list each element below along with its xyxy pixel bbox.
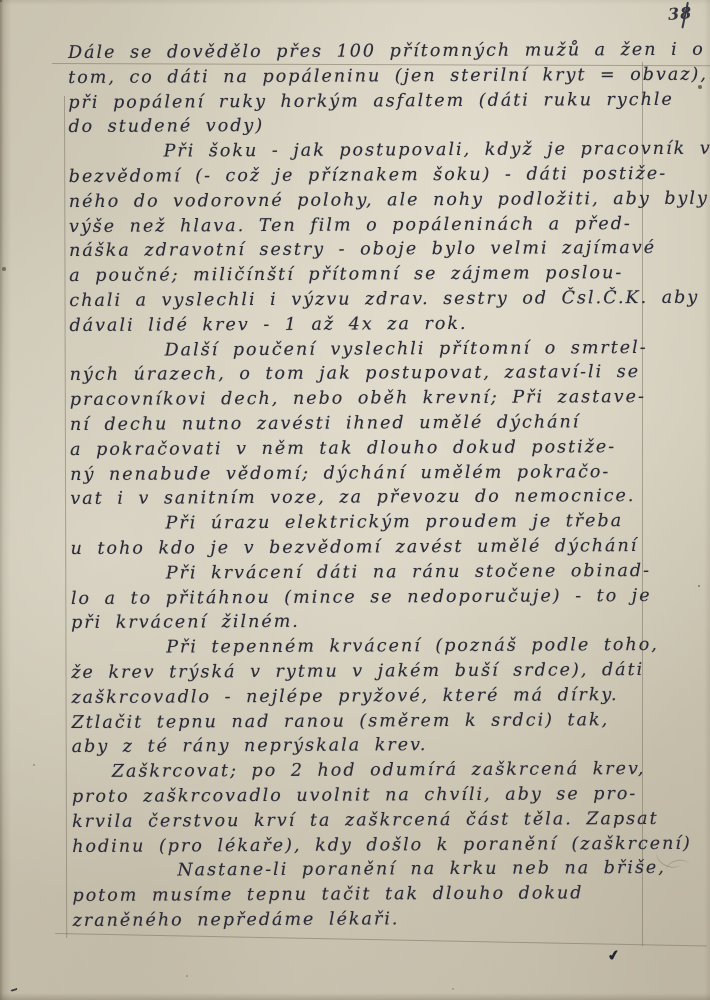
handwritten-line: Nastane-li poranění na krku neb na břiše… (72, 856, 657, 884)
handwritten-line: pracovníkovi dech, nebo oběh krevní; Při… (70, 385, 655, 413)
handwritten-line: náška zdravotní sestry - oboje bylo velm… (69, 236, 654, 264)
handwritten-line: Při šoku - jak postupovali, když je prac… (69, 137, 654, 165)
handwritten-line: u toho kdo je v bezvědomí zavést umělé d… (71, 534, 656, 562)
handwritten-line: zraněného nepředáme lékaři. (73, 906, 658, 934)
handwritten-line: ného do vodorovné polohy, ale nohy podlo… (69, 187, 654, 215)
handwritten-line: a pokračovati v něm tak dlouho dokud pos… (70, 435, 655, 463)
handwritten-line: při popálení ruky horkým asfaltem (dáti … (68, 88, 653, 116)
handwritten-line: Ztlačit tepnu nad ranou (směrem k srdci)… (72, 707, 657, 735)
handwritten-line: lo a to přitáhnou (mince se nedoporučuje… (71, 583, 656, 611)
handwritten-line: dávali lidé krev - 1 až 4x za rok. (69, 311, 654, 339)
handwritten-line: do studené vody) (68, 112, 653, 140)
handwritten-line: vat i v sanitním voze, za převozu do nem… (70, 484, 655, 512)
handwritten-line: hodinu (pro lékaře), kdy došlo k poraněn… (72, 831, 657, 859)
handwritten-line: zaškrcovadlo - nejlépe pryžové, které má… (71, 683, 656, 711)
handwritten-line: krvila čerstvou krví ta zaškrcená část t… (72, 807, 657, 835)
handwritten-line: ní dechu nutno zavésti ihned umělé dýchá… (70, 410, 655, 438)
handwritten-line: a poučné; miličínští přítomní se zájmem … (69, 261, 654, 289)
handwritten-line: ný nenabude vědomí; dýchání umělém pokra… (70, 459, 655, 487)
handwritten-line: výše než hlava. Ten film o popáleninách … (69, 212, 654, 240)
handwritten-line: bezvědomí (- což je příznakem šoku) - dá… (69, 162, 654, 190)
handwritten-line: Při tepenném krvácení (poznáš podle toho… (71, 633, 656, 661)
page-number: 38 (667, 3, 693, 24)
handwritten-line: Zaškrcovat; po 2 hod odumírá zaškrcená k… (72, 757, 657, 785)
handwritten-line: aby z té rány neprýskala krev. (72, 732, 657, 760)
paper-specks (0, 0, 2, 2)
handwritten-line: ných úrazech, o tom jak postupovat, zast… (70, 360, 655, 388)
handwritten-line: že krev trýská v rytmu v jakém buší srdc… (71, 658, 656, 686)
handwritten-text-block: Dále se dovědělo přes 100 přítomných muž… (68, 38, 658, 934)
handwritten-line: Při krvácení dáti na ránu stočene obinad… (71, 559, 656, 587)
handwritten-line: Při úrazu elektrickým proudem je třeba (70, 509, 655, 537)
handwritten-line: Dále se dovědělo přes 100 přítomných muž… (68, 38, 653, 66)
handwritten-line: chali a vyslechli i výzvu zdrav. sestry … (69, 286, 654, 314)
handwritten-line: při krvácení žilném. (71, 608, 656, 636)
handwritten-line: Další poučení vyslechli přítomní o smrte… (70, 335, 655, 363)
handwritten-line: proto zaškrcovadlo uvolnit na chvíli, ab… (72, 782, 657, 810)
ink-checkmark: ✔ (607, 947, 621, 965)
handwritten-line: potom musíme tepnu tačit tak dlouho doku… (72, 881, 657, 909)
page-number-text: 38 (667, 3, 693, 24)
scanned-page: 38 Dále se dovědělo přes 100 přítomných … (0, 0, 710, 1000)
handwritten-line: tom, co dáti na popáleninu (jen sterilní… (68, 63, 653, 91)
